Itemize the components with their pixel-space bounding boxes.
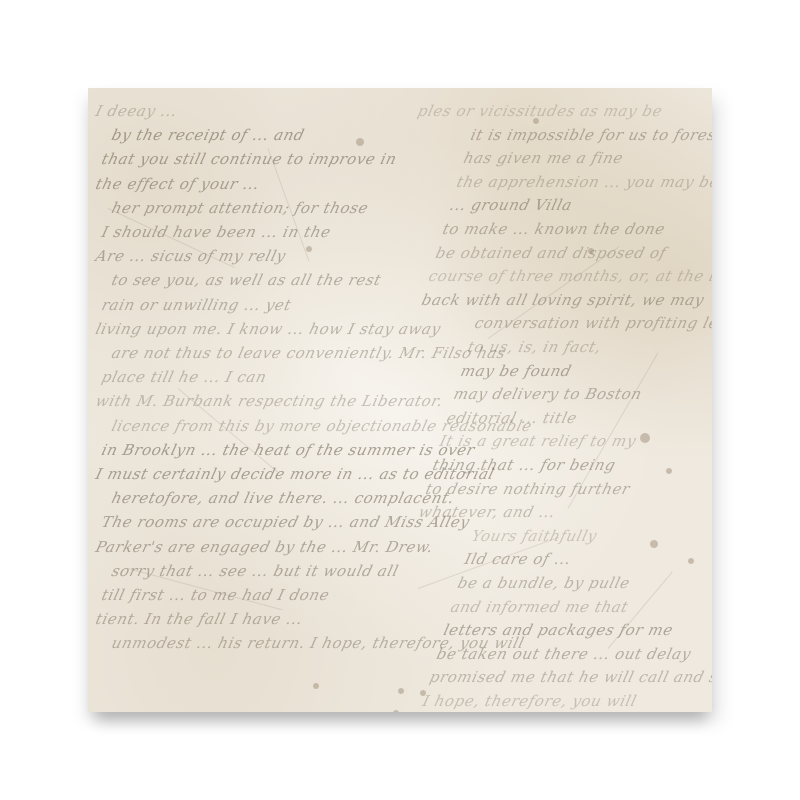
- script-line-right: ... ground Villa: [448, 196, 575, 214]
- script-line-right: be a bundle, by pulle: [456, 574, 632, 592]
- ink-spot: [393, 710, 399, 712]
- script-line-right: to desire nothing further: [424, 480, 632, 498]
- script-line-right: it is impossible for us to forese: [469, 126, 712, 144]
- script-line-right: be taken out there ... out delay: [435, 645, 693, 663]
- script-line-left: tient. In the fall I have ...: [94, 610, 305, 628]
- scrapbook-paper-sheet: I deeay ...by the receipt of ... andthat…: [88, 88, 712, 712]
- script-line-left: that you still continue to improve in: [100, 150, 399, 168]
- script-line-left: The rooms are occupied by ... and Miss A…: [100, 513, 472, 531]
- script-line-left: Are ... sicus of my relly: [94, 247, 288, 265]
- script-line-right: editorial ... title: [445, 409, 579, 427]
- script-line-right: be obtained and disposed of: [434, 244, 668, 262]
- script-line-right: Yours faithfully: [470, 527, 599, 545]
- ink-spot: [313, 683, 319, 689]
- ink-spot: [533, 118, 539, 124]
- ink-spot: [356, 138, 364, 146]
- script-line-right: I hope, therefore, you will: [421, 692, 639, 710]
- script-line-left: place till he ... I can: [100, 368, 269, 386]
- script-line-left: Parker's are engaged by the ... Mr. Drew…: [94, 538, 436, 556]
- script-line-right: to us, is, in fact,: [466, 338, 604, 356]
- script-line-left: till first ... to me had I done: [100, 586, 332, 604]
- script-line-right: promised me that he will call and see: [428, 668, 712, 686]
- ink-spot: [398, 688, 404, 694]
- ink-spot: [688, 558, 694, 564]
- ink-spot: [306, 246, 312, 252]
- script-line-left: I deeay ...: [94, 102, 180, 120]
- script-line-right: to make ... known the done: [441, 220, 667, 238]
- script-line-right: course of three months, or, at the long: [427, 267, 712, 285]
- script-line-left: the effect of your ...: [94, 175, 262, 193]
- script-line-right: ples or vicissitudes as may be: [416, 102, 665, 120]
- script-line-left: with M. Burbank respecting the Liberator…: [94, 392, 446, 410]
- handwritten-script: I deeay ...by the receipt of ... andthat…: [88, 88, 712, 712]
- script-line-right: and informed me that: [449, 598, 631, 616]
- script-line-right: letters and packages for me: [442, 621, 675, 639]
- script-line-left: heretofore, and live there. ... complace…: [110, 489, 457, 507]
- script-line-left: to see you, as well as all the rest: [110, 271, 384, 289]
- script-line-left: are not thus to leave conveniently. Mr. …: [110, 344, 508, 362]
- script-line-left: living upon me. I know ... how I stay aw…: [94, 320, 443, 338]
- script-line-right: It is a great relief to my: [438, 432, 639, 450]
- script-line-left: by the receipt of ... and: [110, 126, 307, 144]
- ink-spot: [420, 690, 426, 696]
- script-line-right: has given me a fine: [462, 149, 626, 167]
- ink-spot: [588, 248, 594, 254]
- script-line-left: in Brooklyn ... the heat of the summer i…: [100, 441, 477, 459]
- ink-spot: [650, 540, 658, 548]
- script-line-right: back with all loving spirit, we may: [420, 291, 707, 309]
- script-line-right: the apprehension ... you may be at: [455, 173, 712, 191]
- script-line-right: may delivery to Boston: [452, 385, 644, 403]
- script-line-left: sorry that ... see ... but it would all: [110, 562, 401, 580]
- script-line-right: may be found: [459, 362, 574, 380]
- ink-spot: [640, 433, 650, 443]
- script-line-right: whatever, and ...: [417, 503, 558, 521]
- script-line-left: her prompt attention; for those: [110, 199, 371, 217]
- ink-spot: [666, 468, 672, 474]
- script-line-left: rain or unwilling ... yet: [100, 296, 294, 314]
